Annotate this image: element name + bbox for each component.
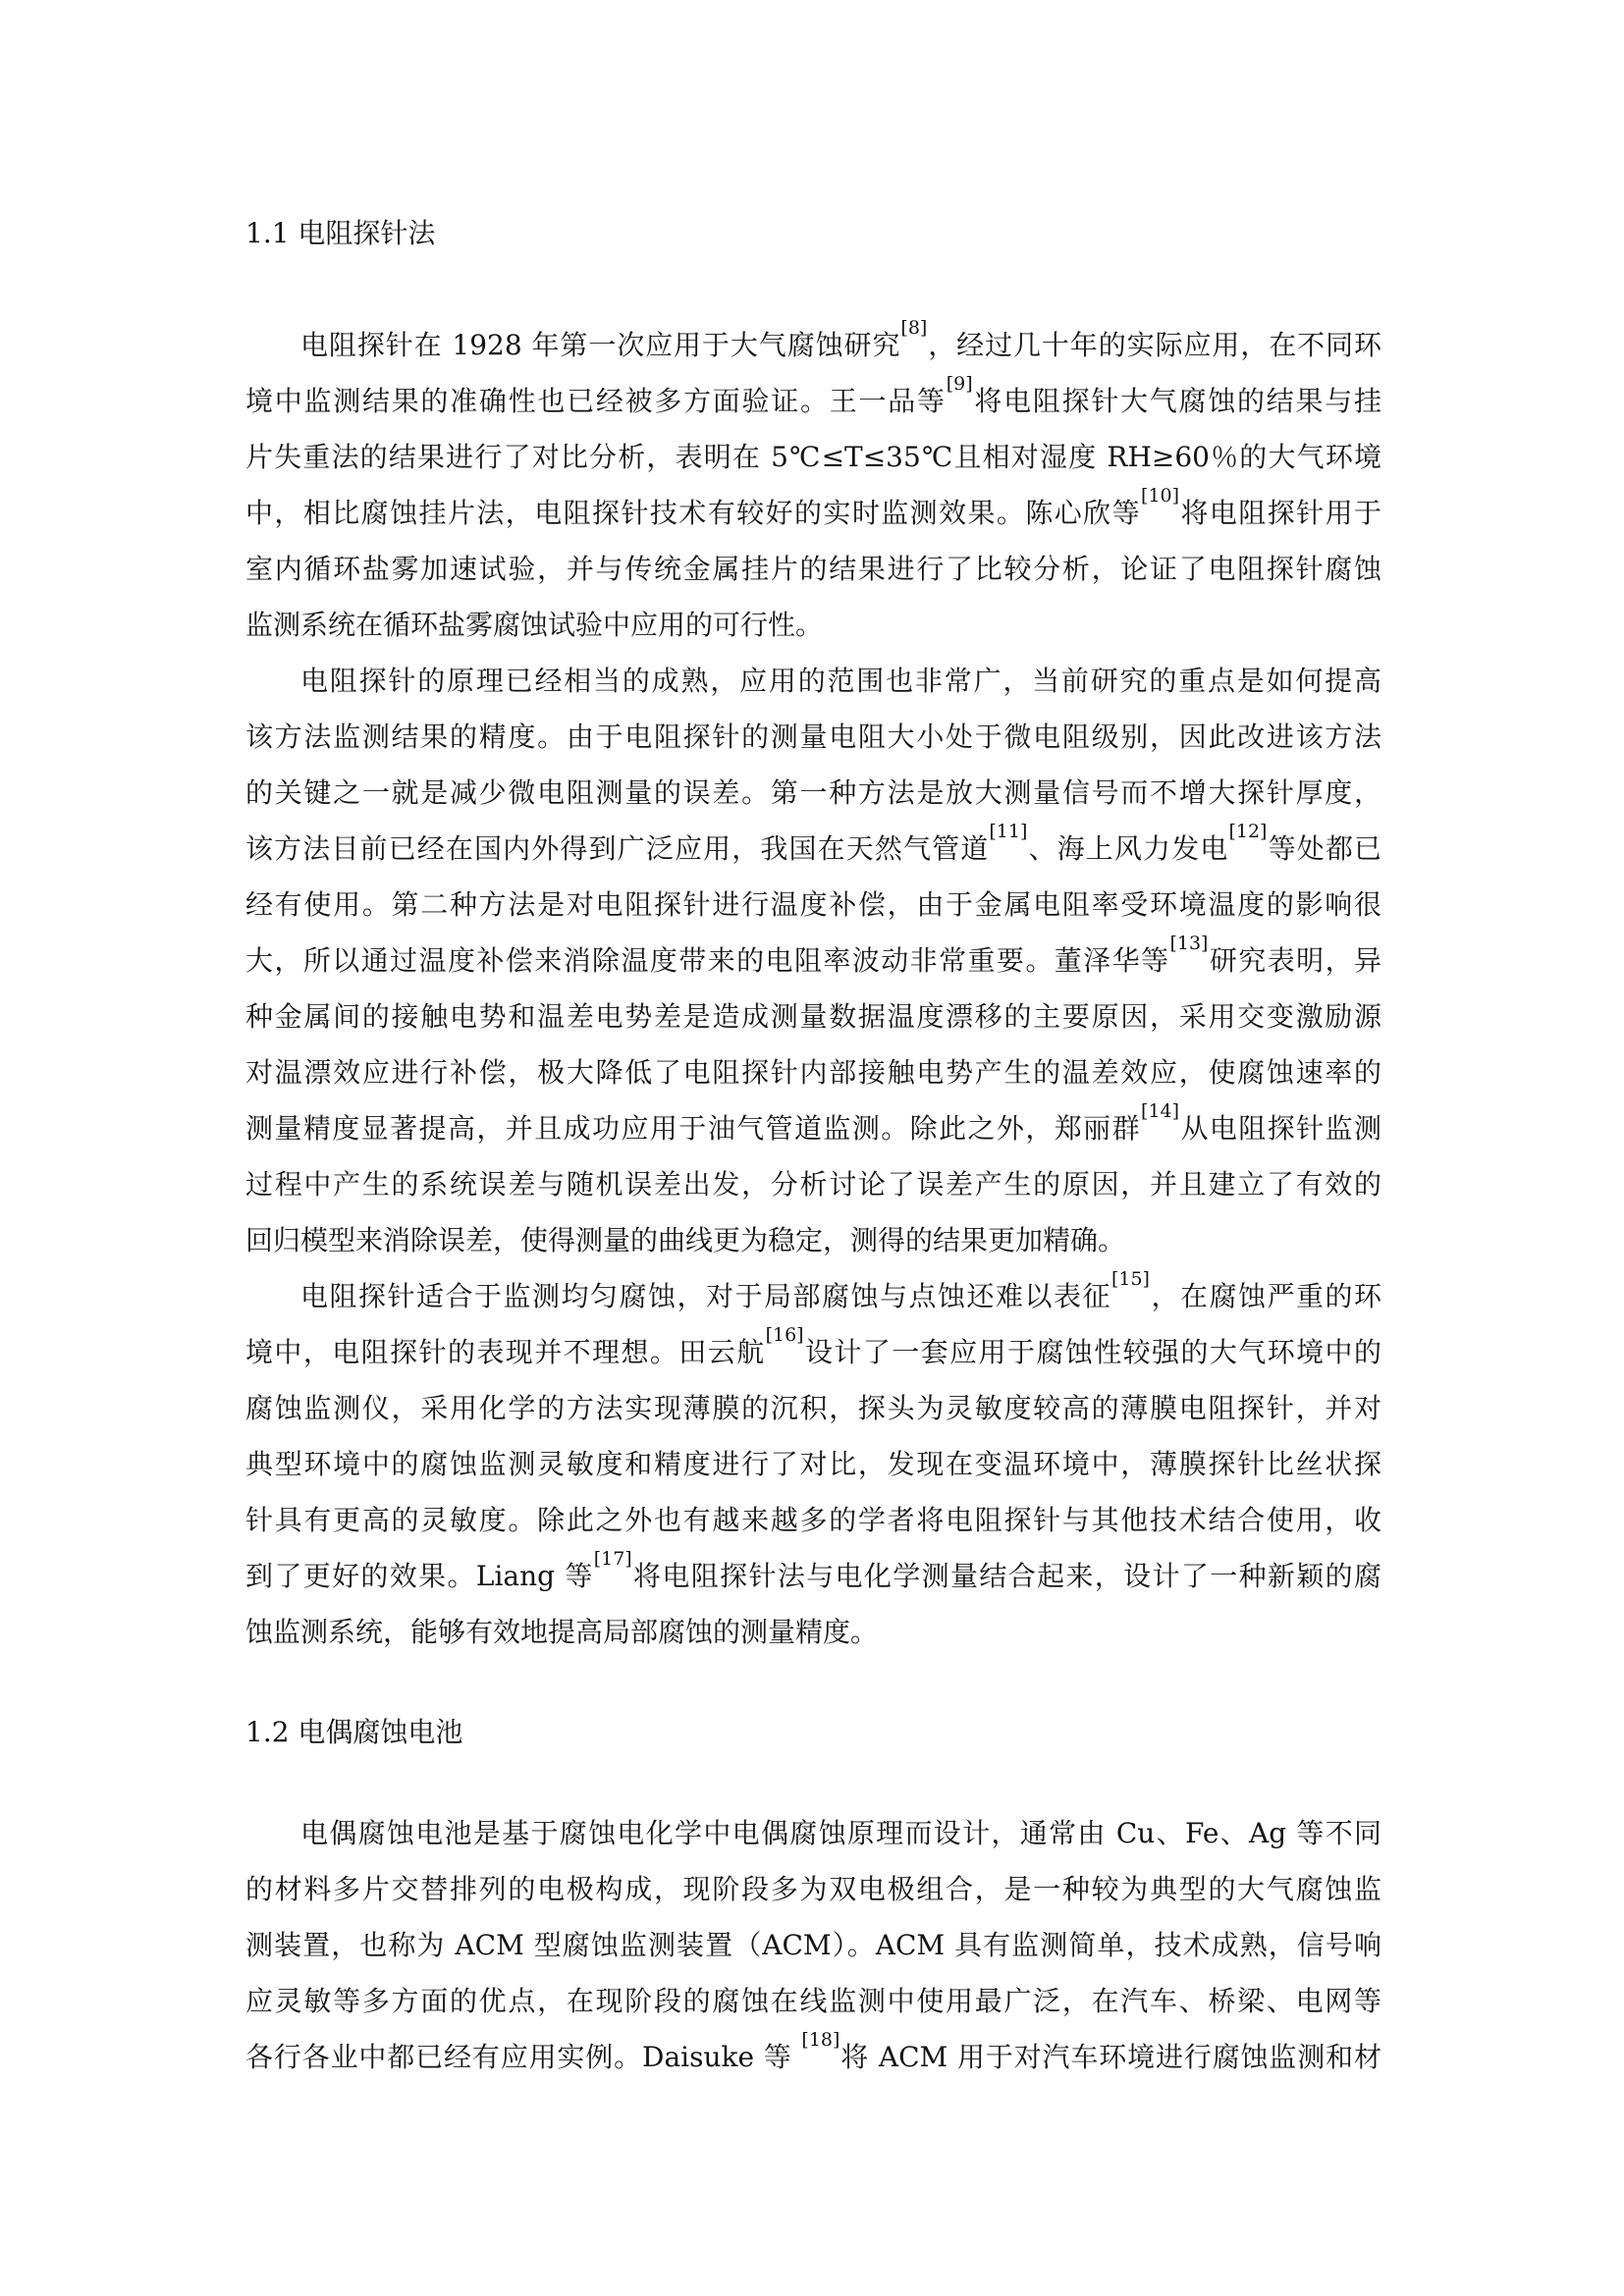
paragraph-resistance-probe-limitations: 电阻探针适合于监测均匀腐蚀，对于局部腐蚀与点蚀还难以表征[15]，在腐蚀严重的环… — [245, 1268, 1381, 1660]
citation-ref: [17] — [594, 1548, 632, 1570]
document-page: 1.1 电阻探针法电阻探针在 1928 年第一次应用于大气腐蚀研究[8]，经过几… — [0, 0, 1624, 2296]
text-line: 片失重法的结果进行了对比分析，表明在 5℃≤T≤35℃且相对湿度 RH≥60％的… — [245, 429, 1381, 485]
text-line: 境中，电阻探针的表现并不理想。田云航[16]设计了一套应用于腐蚀性较强的大气环境… — [245, 1324, 1381, 1380]
section-heading-1-2: 1.2 电偶腐蚀电池 — [245, 1704, 1381, 1760]
text-line: 测装置，也称为 ACM 型腐蚀监测装置（ACM）。ACM 具有监测简单，技术成熟… — [245, 1917, 1381, 1973]
text-line: 电偶腐蚀电池是基于腐蚀电化学中电偶腐蚀原理而设计，通常由 Cu、Fe、Ag 等不… — [245, 1805, 1381, 1861]
text-line: 到了更好的效果。Liang 等[17]将电阻探针法与电化学测量结合起来，设计了一… — [245, 1548, 1381, 1604]
text-line: 蚀监测系统，能够有效地提高局部腐蚀的测量精度。 — [245, 1604, 1381, 1660]
text-line: 中，相比腐蚀挂片法，电阻探针技术有较好的实时监测效果。陈心欣等[10]将电阻探针… — [245, 485, 1381, 541]
text-line: 境中监测结果的准确性也已经被多方面验证。王一品等[9]将电阻探针大气腐蚀的结果与… — [245, 373, 1381, 429]
text-line: 典型环境中的腐蚀监测灵敏度和精度进行了对比，发现在变温环境中，薄膜探针比丝状探 — [245, 1436, 1381, 1492]
text-line: 室内循环盐雾加速试验，并与传统金属挂片的结果进行了比较分析，论证了电阻探针腐蚀 — [245, 541, 1381, 597]
citation-ref: [18] — [801, 2029, 839, 2051]
text-line: 电阻探针的原理已经相当的成熟，应用的范围也非常广，当前研究的重点是如何提高 — [245, 653, 1381, 709]
paragraph-resistance-probe-precision: 电阻探针的原理已经相当的成熟，应用的范围也非常广，当前研究的重点是如何提高该方法… — [245, 653, 1381, 1268]
citation-ref: [11] — [989, 821, 1027, 842]
text-line: 该方法目前已经在国内外得到广泛应用，我国在天然气管道[11]、海上风力发电[12… — [245, 821, 1381, 877]
citation-ref: [9] — [947, 373, 973, 395]
text-line: 电阻探针在 1928 年第一次应用于大气腐蚀研究[8]，经过几十年的实际应用，在… — [245, 317, 1381, 373]
text-line: 过程中产生的系统误差与随机误差出发，分析讨论了误差产生的原因，并且建立了有效的 — [245, 1156, 1381, 1212]
text-line: 大，所以通过温度补偿来消除温度带来的电阻率波动非常重要。董泽华等[13]研究表明… — [245, 933, 1381, 988]
section-heading-1-1: 1.1 电阻探针法 — [245, 205, 1381, 261]
text-line: 该方法监测结果的精度。由于电阻探针的测量电阻大小处于微电阻级别，因此改进该方法 — [245, 709, 1381, 765]
text-line: 经有使用。第二种方法是对电阻探针进行温度补偿，由于金属电阻率受环境温度的影响很 — [245, 877, 1381, 933]
text-line: 针具有更高的灵敏度。除此之外也有越来越多的学者将电阻探针与其他技术结合使用，收 — [245, 1492, 1381, 1548]
text-line: 电阻探针适合于监测均匀腐蚀，对于局部腐蚀与点蚀还难以表征[15]，在腐蚀严重的环 — [245, 1268, 1381, 1324]
text-line: 对温漂效应进行补偿，极大降低了电阻探针内部接触电势产生的温差效应，使腐蚀速率的 — [245, 1044, 1381, 1100]
text-line: 种金属间的接触电势和温差电势差是造成测量数据温度漂移的主要原因，采用交变激励源 — [245, 988, 1381, 1044]
text-line: 测量精度显著提高，并且成功应用于油气管道监测。除此之外，郑丽群[14]从电阻探针… — [245, 1100, 1381, 1156]
text-line: 回归模型来消除误差，使得测量的曲线更为稳定，测得的结果更加精确。 — [245, 1212, 1381, 1268]
text-line: 的材料多片交替排列的电极构成，现阶段多为双电极组合，是一种较为典型的大气腐蚀监 — [245, 1861, 1381, 1917]
citation-ref: [12] — [1228, 821, 1267, 842]
text-line: 各行各业中都已经有应用实例。Daisuke 等 [18]将 ACM 用于对汽车环… — [245, 2029, 1381, 2085]
paragraph-resistance-probe-history: 电阻探针在 1928 年第一次应用于大气腐蚀研究[8]，经过几十年的实际应用，在… — [245, 317, 1381, 653]
citation-ref: [14] — [1141, 1100, 1179, 1122]
text-line: 应灵敏等多方面的优点，在现阶段的腐蚀在线监测中使用最广泛，在汽车、桥梁、电网等 — [245, 1973, 1381, 2029]
citation-ref: [10] — [1141, 485, 1179, 507]
text-line: 腐蚀监测仪，采用化学的方法实现薄膜的沉积，探头为灵敏度较高的薄膜电阻探针，并对 — [245, 1380, 1381, 1436]
citation-ref: [13] — [1169, 933, 1208, 954]
citation-ref: [16] — [766, 1324, 804, 1346]
document-text-block: 1.1 电阻探针法电阻探针在 1928 年第一次应用于大气腐蚀研究[8]，经过几… — [245, 205, 1381, 2085]
text-line: 的关键之一就是减少微电阻测量的误差。第一种方法是放大测量信号而不增大探针厚度， — [245, 765, 1381, 821]
citation-ref: [8] — [900, 317, 927, 339]
citation-ref: [15] — [1111, 1268, 1150, 1290]
text-line: 监测系统在循环盐雾腐蚀试验中应用的可行性。 — [245, 597, 1381, 653]
paragraph-galvanic-cell-intro: 电偶腐蚀电池是基于腐蚀电化学中电偶腐蚀原理而设计，通常由 Cu、Fe、Ag 等不… — [245, 1805, 1381, 2085]
